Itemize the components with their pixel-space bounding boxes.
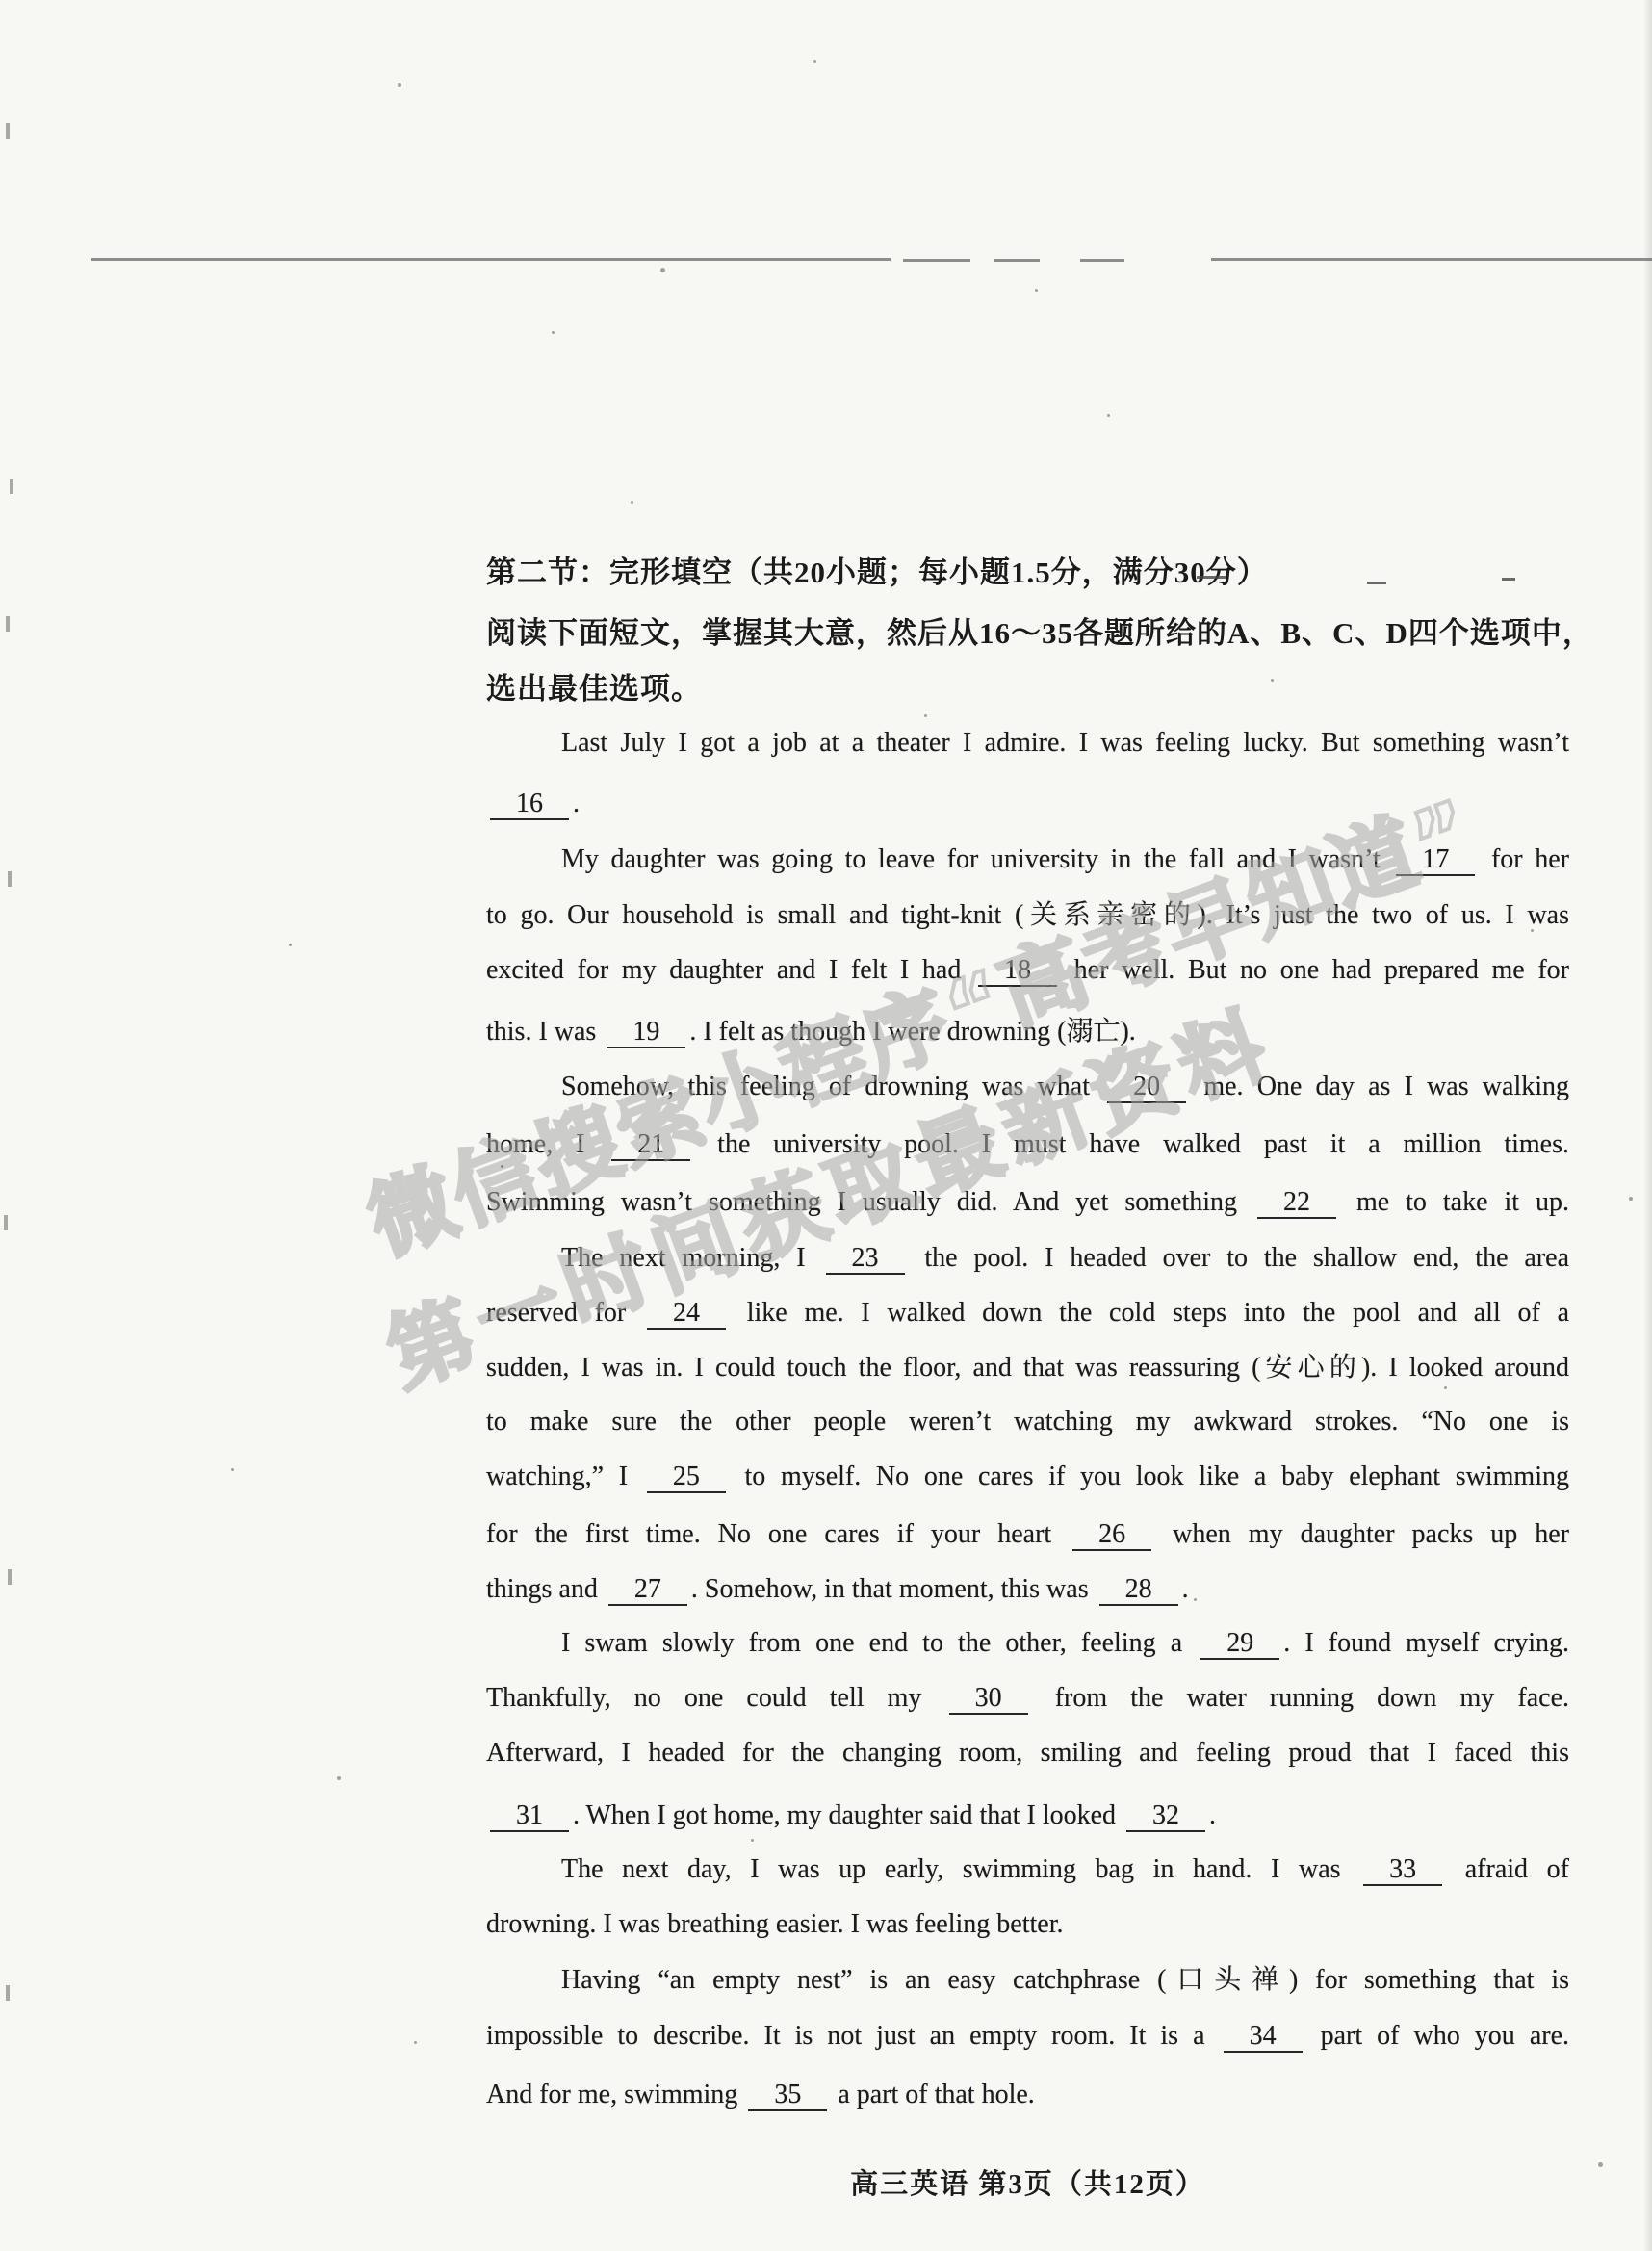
noise-dot (289, 944, 292, 946)
passage-text: afraid of (1446, 1854, 1569, 1884)
instruction-line: 选出最佳选项。 (486, 670, 1593, 709)
stray-dash (1502, 578, 1515, 581)
stray-dash (1367, 582, 1386, 584)
passage-text: Thankfully, no one could tell my (486, 1683, 945, 1713)
blank-25: 25 (647, 1462, 726, 1493)
blank-35: 35 (748, 2081, 827, 2111)
passage-text: sudden, I was in. I could touch the floo… (486, 1353, 1569, 1383)
noise-dot (751, 1839, 754, 1842)
edge-mark (8, 1569, 12, 1585)
passage-text: things and (486, 1574, 605, 1604)
noise-dot (231, 1468, 234, 1471)
passage-text: Last July I got a job at a theater I adm… (561, 728, 1569, 758)
passage-line-16: things and 27. Somehow, in that moment, … (486, 1571, 1569, 1608)
passage-line-25: And for me, swimming 35 a part of that h… (486, 2077, 1569, 2113)
noise-dot (414, 2041, 417, 2044)
passage-text: the pool. I headed over to the shallow e… (909, 1243, 1569, 1273)
passage-text: a part of that hole. (831, 2080, 1034, 2109)
blank-31: 31 (490, 1801, 569, 1832)
passage-text: to make sure the other people weren’t wa… (486, 1407, 1569, 1436)
blank-22: 22 (1257, 1188, 1336, 1219)
passage-text: . (1209, 1800, 1216, 1830)
blank-33: 33 (1363, 1855, 1442, 1886)
blank-29: 29 (1200, 1629, 1279, 1660)
blank-28: 28 (1099, 1575, 1178, 1606)
passage-line-1: Last July I got a job at a theater I adm… (486, 725, 1569, 762)
blank-19: 19 (607, 1018, 685, 1048)
noise-dot (1444, 1386, 1447, 1389)
noise-dot (1035, 289, 1038, 292)
passage-text: me to take it up. (1340, 1187, 1569, 1217)
page-footer: 高三英语 第3页（共12页） (486, 2162, 1569, 2202)
top-rule-segment (91, 258, 891, 261)
noise-dot (813, 60, 816, 63)
blank-26: 26 (1072, 1520, 1151, 1551)
edge-mark (6, 1985, 10, 2001)
passage-line-23: Having “an empty nest” is an easy catchp… (486, 1962, 1569, 1999)
passage-text: And for me, swimming (486, 2080, 744, 2109)
passage-text: like me. I walked down the cold steps in… (730, 1298, 1569, 1328)
noise-dot (1598, 2162, 1603, 2167)
edge-mark (8, 871, 12, 887)
passage-line-17: I swam slowly from one end to the other,… (486, 1625, 1569, 1662)
passage-text: to myself. No one cares if you look like… (730, 1462, 1569, 1491)
passage-text: . Somehow, in that moment, this was (691, 1574, 1096, 1604)
top-rule-segment (1080, 259, 1124, 262)
noise-dot (924, 714, 927, 717)
instruction-line: 阅读下面短文，掌握其大意，然后从16～35各题所给的A、B、C、D四个选项中， (486, 614, 1593, 653)
passage-text: . When I got home, my daughter said that… (573, 1800, 1123, 1830)
passage-text: for the first time. No one cares if your… (486, 1519, 1069, 1549)
passage-line-14: watching,” I 25 to myself. No one cares … (486, 1459, 1569, 1495)
passage-text: when my daughter packs up her (1155, 1519, 1569, 1549)
passage-text: Afterward, I headed for the changing roo… (486, 1738, 1569, 1768)
noise-dot (1271, 679, 1274, 682)
noise-dot (501, 1165, 503, 1168)
edge-mark (6, 616, 10, 632)
passage-line-24: impossible to describe. It is not just a… (486, 2018, 1569, 2055)
noise-dot (1629, 1197, 1633, 1201)
noise-dot (1107, 414, 1110, 417)
blank-32: 32 (1126, 1801, 1205, 1832)
passage-line-18: Thankfully, no one could tell my 30 from… (486, 1680, 1569, 1717)
top-rule-segment (1211, 258, 1652, 261)
passage-text: impossible to describe. It is not just a… (486, 2021, 1220, 2051)
passage-text: . I found myself crying. (1283, 1628, 1569, 1658)
passage-line-21: The next day, I was up early, swimming b… (486, 1851, 1569, 1888)
passage-text: Having “an empty nest” is an easy catchp… (561, 1965, 1569, 1995)
noise-dot (1194, 1598, 1197, 1601)
edge-mark (10, 479, 13, 494)
passage-text: . (573, 789, 580, 818)
passage-text: The next day, I was up early, swimming b… (561, 1854, 1359, 1884)
top-rule-segment (994, 259, 1040, 262)
scan-edge-shadow (1643, 0, 1652, 2251)
section-heading: 第二节：完形填空（共20小题；每小题1.5分，满分30分） (486, 554, 1593, 592)
noise-dot (631, 501, 633, 504)
passage-line-20: 31. When I got home, my daughter said th… (486, 1798, 1569, 1834)
passage-line-19: Afterward, I headed for the changing roo… (486, 1735, 1569, 1772)
blank-16: 16 (490, 789, 569, 820)
passage-text: part of who you are. (1306, 2021, 1569, 2051)
top-rule-segment (903, 259, 970, 262)
noise-dot (552, 331, 555, 334)
passage-text: drowning. I was breathing easier. I was … (486, 1909, 1063, 1939)
noise-dot (337, 1776, 341, 1780)
stray-dash (1197, 576, 1226, 579)
passage-line-13: to make sure the other people weren’t wa… (486, 1404, 1569, 1440)
passage-text: this. I was (486, 1017, 603, 1047)
passage-text: for her (1479, 844, 1569, 874)
passage-text: watching,” I (486, 1462, 643, 1491)
noise-dot (660, 268, 665, 272)
passage-text: from the water running down my face. (1032, 1683, 1569, 1713)
blank-30: 30 (949, 1684, 1028, 1715)
blank-27: 27 (608, 1575, 687, 1606)
noise-dot (1531, 929, 1534, 932)
blank-34: 34 (1224, 2022, 1303, 2053)
passage-line-15: for the first time. No one cares if your… (486, 1516, 1569, 1553)
passage-text: . (1182, 1574, 1189, 1604)
edge-mark (4, 1215, 8, 1230)
passage-text: I swam slowly from one end to the other,… (561, 1628, 1197, 1658)
scanned-exam-page: 第二节：完形填空（共20小题；每小题1.5分，满分30分） 阅读下面短文，掌握其… (0, 0, 1652, 2251)
edge-mark (6, 123, 10, 139)
noise-dot (398, 83, 401, 87)
passage-line-22: drowning. I was breathing easier. I was … (486, 1906, 1569, 1943)
passage-line-12: sudden, I was in. I could touch the floo… (486, 1350, 1569, 1386)
